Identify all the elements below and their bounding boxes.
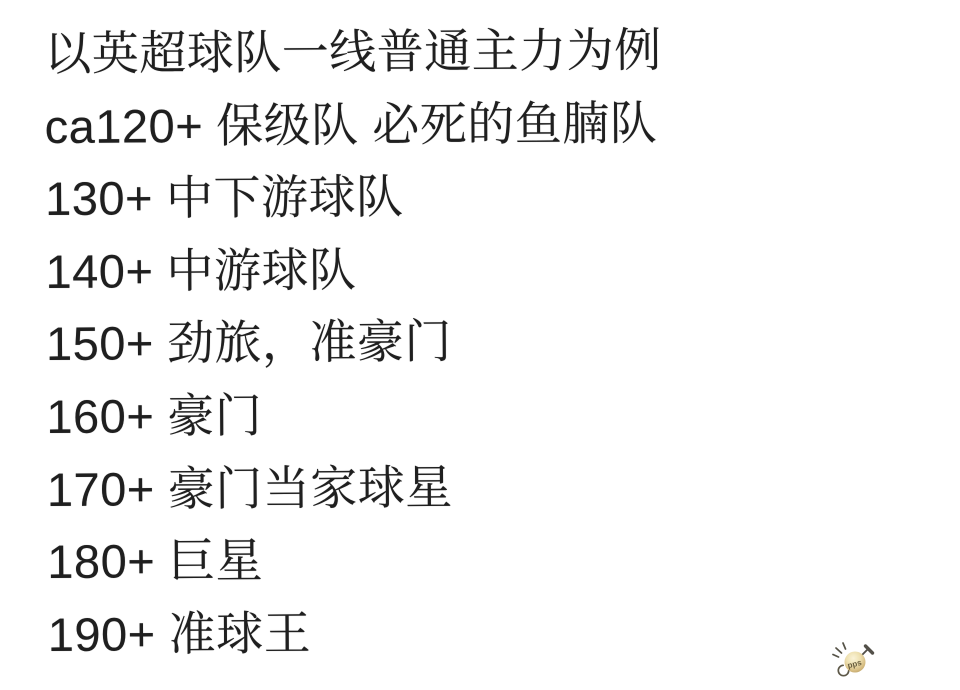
rating-value: 150+ [46,308,154,381]
rating-line: 150+ 劲旅，准豪门 [46,305,664,381]
note-title: 以英超球队一线普通主力为例 [44,14,662,90]
pps-ball-icon: pps [822,638,884,682]
rating-line: 180+ 巨星 [47,522,665,598]
rating-value: 160+ [46,380,154,453]
rating-desc: 劲旅，准豪门 [167,306,452,380]
rating-value: 180+ [47,525,155,598]
rating-line: 140+ 中游球队 [45,232,663,308]
rating-desc: 保级队 必死的鱼腩队 [216,87,657,162]
rating-line: 170+ 豪门当家球星 [47,450,665,526]
rating-value: ca120+ [44,90,203,164]
rating-desc: 豪门 [167,380,262,453]
rating-line: ca120+ 保级队 必死的鱼腩队 [44,87,662,163]
rating-desc: 巨星 [168,525,263,598]
rating-line: 190+ 准球王 [48,595,666,671]
text-note-screenshot: 以英超球队一线普通主力为例 ca120+ 保级队 必死的鱼腩队 130+ 中下游… [0,0,960,690]
rating-desc: 豪门当家球星 [168,451,453,525]
rating-desc: 准球王 [168,597,311,670]
rating-value: 170+ [47,453,155,526]
rating-line: 130+ 中下游球队 [45,159,663,235]
sparkle-lines-icon [833,643,846,657]
rating-desc: 中游球队 [166,234,356,308]
rating-value: 190+ [48,598,156,671]
rating-list: 以英超球队一线普通主力为例 ca120+ 保级队 必死的鱼腩队 130+ 中下游… [44,14,665,671]
rating-desc: 中下游球队 [166,161,404,235]
rating-value: 140+ [45,235,153,308]
rating-value: 130+ [45,163,153,236]
rating-line: 160+ 豪门 [46,377,664,453]
